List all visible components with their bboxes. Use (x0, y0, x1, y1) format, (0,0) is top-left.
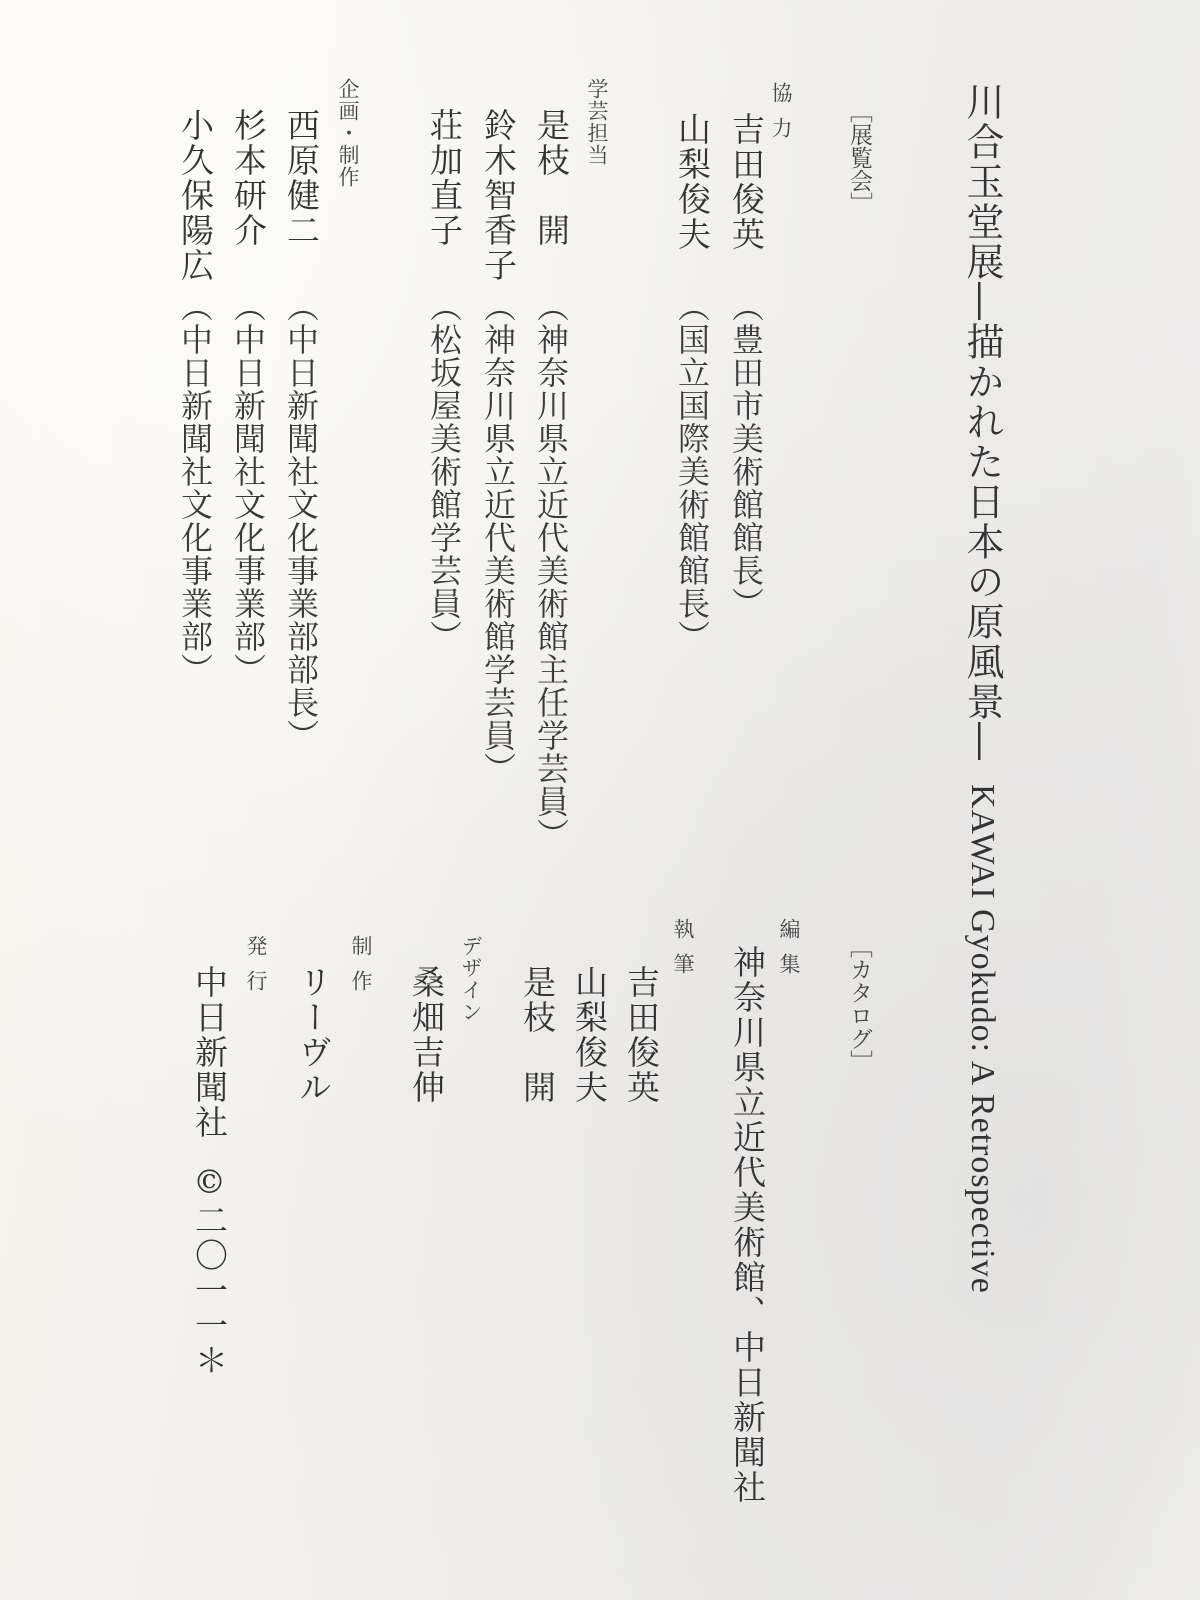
planning-affiliation-2: （中日新聞社文化事業部） (232, 290, 264, 686)
publishing-label: 発行 (245, 935, 266, 1005)
planning-name-3: 小久保陽広 (179, 108, 212, 283)
planning-label: 企画・制作 (337, 78, 358, 188)
curator-name-1: 是枝 開 (535, 108, 568, 248)
curator-affiliation-3: （松坂屋美術館学芸員） (428, 290, 460, 653)
curator-affiliation-2: （神奈川県立近代美術館学芸員） (482, 290, 514, 785)
cooperation-affiliation-1: （豊田市美術館館長） (730, 290, 762, 620)
curators-label: 学芸担当 (586, 78, 607, 166)
editing-value: 神奈川県立近代美術館、中日新聞社 (731, 945, 764, 1505)
copyright-notice: ©二〇一一＊ (190, 1162, 229, 1378)
curator-name-2: 鈴木智香子 (482, 108, 515, 283)
exhibition-heading: ［展覧会］ (847, 100, 870, 215)
title-jp-main: 川合玉堂展 (960, 82, 1004, 282)
writing-label: 執筆 (672, 918, 693, 988)
writing-name-2: 山梨俊夫 (573, 965, 606, 1105)
production-label: 制作 (350, 935, 371, 1005)
publishing-value: 中日新聞社©二〇一一＊ (193, 965, 226, 1378)
curator-name-3: 荘加直子 (428, 108, 461, 248)
catalog-heading: ［カタログ］ (847, 935, 870, 1073)
planning-name-2: 杉本研介 (232, 108, 265, 248)
publisher-name: 中日新聞社 (190, 965, 229, 1140)
curator-affiliation-1: （神奈川県立近代美術館主任学芸員） (535, 290, 567, 851)
cooperation-name-2: 山梨俊夫 (676, 112, 709, 252)
planning-affiliation-1: （中日新聞社文化事業部部長） (285, 290, 317, 752)
cooperation-affiliation-2: （国立国際美術館館長） (676, 290, 708, 653)
design-value: 桑畑吉伸 (410, 965, 443, 1105)
planning-name-1: 西原健二 (285, 108, 318, 248)
writing-name-1: 吉田俊英 (625, 965, 658, 1105)
page-title: 川合玉堂展―描かれた日本の原風景―KAWAI Gyokudo: A Retros… (963, 82, 1001, 1294)
cooperation-label: 協力 (770, 82, 791, 152)
production-value: リーヴル (297, 965, 330, 1105)
planning-affiliation-3: （中日新聞社文化事業部） (179, 290, 211, 686)
editing-label: 編集 (778, 918, 799, 988)
design-label: デザイン (460, 935, 481, 1023)
writing-name-3: 是枝 開 (521, 965, 554, 1105)
title-en: KAWAI Gyokudo: A Retrospective (964, 784, 1001, 1294)
title-jp-subtitle: ―描かれた日本の原風景― (960, 282, 1004, 762)
cooperation-name-1: 吉田俊英 (730, 112, 763, 252)
